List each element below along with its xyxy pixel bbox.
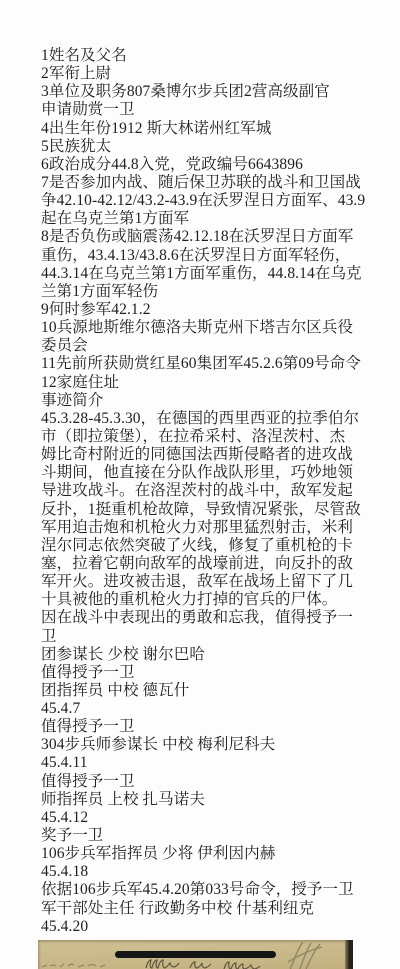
translation-text: 1姓名及父名2军衔上尉3单位及职务807桑博尔步兵团2营高级副官申请勋赏一卫4出… [41, 47, 371, 936]
text-line: 塞，拉着它朝向敌军的战壕前进，向反扑的敌 [41, 555, 371, 573]
text-line: 1姓名及父名 [41, 47, 371, 65]
text-line: 卫 [41, 628, 371, 646]
text-line: 4出生年份1912 斯大林诺州红军城 [41, 120, 371, 138]
text-line: 姆比奇村附近的同德国法西斯侵略者的进攻战 [41, 446, 371, 464]
text-line: 反扑，1挺重机枪故障，导致情况紧张，尽管敌 [41, 501, 371, 519]
text-line: 7是否参加内战、随后保卫苏联的战斗和卫国战 [41, 174, 371, 192]
text-line: 委员会 [41, 337, 371, 355]
text-line: 值得授予一卫 [41, 773, 371, 791]
text-line: 9何时参军42.1.2 [41, 301, 371, 319]
text-line: 涅尔同志依然突破了火线，修复了重机枪的卡 [41, 537, 371, 555]
text-line: 导进攻战斗。在洛涅茨村的战斗中，敌军发起 [41, 482, 371, 500]
text-line: 因在战斗中表现出的勇敢和忘我，值得授予一 [41, 609, 371, 627]
text-line: 3单位及职务807桑博尔步兵团2营高级副官 [41, 83, 371, 101]
text-line: 11先前所获勋赏红星60集团军45.2.6第09号命令 [41, 355, 371, 373]
text-line: 5民族犹太 [41, 138, 371, 156]
text-line: 军用迫击炮和机枪火力对那里猛烈射击，米利 [41, 519, 371, 537]
text-line: 依据106步兵军45.4.20第033号命令，授予一卫 [41, 881, 371, 899]
text-line: 45.3.28-45.3.30，在德国的西里西亚的拉季伯尔 [41, 410, 371, 428]
text-line: 兰第1方面军轻伤 [41, 283, 371, 301]
text-line: 304步兵师参谋长 中校 梅利尼科夫 [41, 736, 371, 754]
text-line: 106步兵军指挥员 少将 伊利因内赫 [41, 845, 371, 863]
scan-edge-shadow [345, 940, 353, 969]
text-line: 值得授予一卫 [41, 718, 371, 736]
text-line: 45.4.18 [41, 863, 371, 881]
text-line: 2军衔上尉 [41, 65, 371, 83]
text-line: 事迹简介 [41, 392, 371, 410]
text-line: 45.4.12 [41, 809, 371, 827]
text-line: 重伤，43.4.13/43.8.6在沃罗涅日方面军轻伤， [41, 247, 371, 265]
text-line: 军开火。进攻被击退，敌军在战场上留下了几 [41, 573, 371, 591]
text-line: 申请勋赏一卫 [41, 101, 371, 119]
text-line: 团参谋长 少校 谢尔巴哈 [41, 646, 371, 664]
text-line: 奖予一卫 [41, 827, 371, 845]
text-line: 6政治成分44.8入党，党政编号6643896 [41, 156, 371, 174]
document-page: 1姓名及父名2军衔上尉3单位及职务807桑博尔步兵团2营高级副官申请勋赏一卫4出… [0, 0, 400, 969]
text-line: 10兵源地斯维尔德洛夫斯克州下塔吉尔区兵役 [41, 319, 371, 337]
text-line: 团指挥员 中校 德瓦什 [41, 682, 371, 700]
text-line: 起在乌克兰第1方面军 [41, 210, 371, 228]
text-line: 45.4.7 [41, 700, 371, 718]
text-line: 军干部处主任 行政勤务中校 什基利纽克 [41, 900, 371, 918]
text-line: 十具被他的重机枪火力打掉的官兵的尸体。 [41, 591, 371, 609]
text-line: 12家庭住址 [41, 374, 371, 392]
text-line: 45.4.11 [41, 754, 371, 772]
text-line: 市（即拉策堡），在拉希采村、洛涅茨村、杰 [41, 428, 371, 446]
text-line: 45.4.20 [41, 918, 371, 936]
redaction-bar [115, 951, 276, 958]
text-line: 斗期间，他直接在分队作战队形里，巧妙地领 [41, 464, 371, 482]
text-line: 8是否负伤或脑震荡42.12.18在沃罗涅日方面军 [41, 228, 371, 246]
text-line: 值得授予一卫 [41, 664, 371, 682]
text-line: 争42.10-42.12/43.2-43.9在沃罗涅日方面军、43.9 [41, 192, 371, 210]
scanned-award-document-image[interactable] [38, 940, 353, 969]
text-line: 师指挥员 上校 扎马诺夫 [41, 791, 371, 809]
text-line: 44.3.14在乌克兰第1方面军重伤，44.8.14在乌克 [41, 265, 371, 283]
